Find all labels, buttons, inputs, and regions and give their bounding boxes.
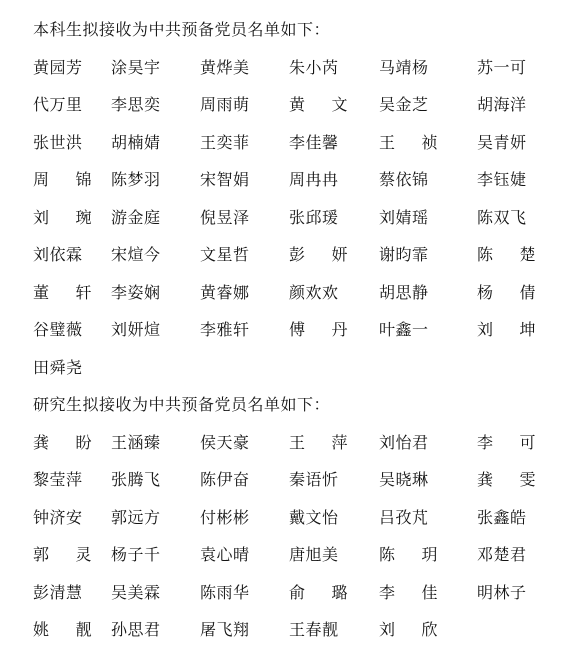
name-cell: 李思奕 [111, 92, 200, 115]
name-row: 田舜尧 [33, 348, 587, 386]
name-cell: 王 萍 [289, 430, 379, 453]
name-cell: 刘 坤 [477, 317, 587, 340]
name-cell: 黄睿娜 [200, 280, 289, 303]
name-cell: 文星哲 [200, 242, 289, 265]
name-cell: 吴晓琳 [379, 467, 477, 490]
name-cell: 戴文怡 [289, 505, 379, 528]
name-cell: 谢昀霏 [379, 242, 477, 265]
name-row: 郭 灵杨子千袁心晴唐旭美陈 玥邓楚君 [33, 535, 587, 573]
name-cell: 陈梦羽 [111, 167, 200, 190]
name-cell: 王涵臻 [111, 430, 200, 453]
name-cell: 刘妍煊 [111, 317, 200, 340]
name-row: 代万里李思奕周雨萌黄 文吴金芝胡海洋 [33, 85, 587, 123]
name-cell: 蔡依锦 [379, 167, 477, 190]
name-cell: 张邱瑗 [289, 205, 379, 228]
name-cell: 周雨萌 [200, 92, 289, 115]
graduate-section-title: 研究生拟接收为中共预备党员名单如下： [33, 385, 587, 423]
name-cell: 俞 璐 [289, 580, 379, 603]
name-cell: 刘怡君 [379, 430, 477, 453]
name-cell: 代万里 [33, 92, 111, 115]
graduate-name-grid: 龚 盼王涵臻侯天豪王 萍刘怡君李 可黎莹萍张腾飞陈伊奋秦语忻吴晓琳龚 雯钟济安郭… [33, 423, 587, 648]
name-cell: 李 佳 [379, 580, 477, 603]
name-cell: 陈双飞 [477, 205, 587, 228]
name-cell: 胡思静 [379, 280, 477, 303]
name-cell: 唐旭美 [289, 542, 379, 565]
name-cell: 傅 丹 [289, 317, 379, 340]
name-cell: 朱小芮 [289, 55, 379, 78]
name-cell: 游金庭 [111, 205, 200, 228]
name-cell: 刘 欣 [379, 617, 477, 640]
name-cell: 李 可 [477, 430, 587, 453]
name-cell: 屠飞翔 [200, 617, 289, 640]
name-cell: 孙思君 [111, 617, 200, 640]
name-cell: 吴青妍 [477, 130, 587, 153]
name-cell: 郭远方 [111, 505, 200, 528]
name-cell: 颜欢欢 [289, 280, 379, 303]
name-cell: 宋智娟 [200, 167, 289, 190]
name-row: 刘依霖宋煊今文星哲彭 妍谢昀霏陈 楚 [33, 235, 587, 273]
name-cell: 董 轩 [33, 280, 111, 303]
name-cell: 刘依霖 [33, 242, 111, 265]
name-row: 钟济安郭远方付彬彬戴文怡吕孜芃张鑫皓 [33, 498, 587, 536]
name-cell: 刘 琬 [33, 205, 111, 228]
name-row: 张世洪胡楠婧王奕菲李佳馨王 祯吴青妍 [33, 123, 587, 161]
name-row: 周 锦陈梦羽宋智娟周冉冉蔡依锦李钰婕 [33, 160, 587, 198]
name-cell: 张世洪 [33, 130, 111, 153]
document-page: 本科生拟接收为中共预备党员名单如下： 黄园芳涂昊宇黄烨美朱小芮马靖杨苏一可代万里… [0, 0, 587, 648]
name-cell: 张鑫皓 [477, 505, 587, 528]
name-cell: 李钰婕 [477, 167, 587, 190]
name-cell: 田舜尧 [33, 355, 111, 378]
name-cell: 胡楠婧 [111, 130, 200, 153]
section-graduate: 研究生拟接收为中共预备党员名单如下： 龚 盼王涵臻侯天豪王 萍刘怡君李 可黎莹萍… [33, 385, 587, 648]
name-cell: 李姿娴 [111, 280, 200, 303]
name-cell: 苏一可 [477, 55, 587, 78]
name-cell: 刘婧瑶 [379, 205, 477, 228]
name-row: 董 轩李姿娴黄睿娜颜欢欢胡思静杨 倩 [33, 273, 587, 311]
name-cell: 明林子 [477, 580, 587, 603]
name-row: 刘 琬游金庭倪昱泽张邱瑗刘婧瑶陈双飞 [33, 198, 587, 236]
name-cell: 周 锦 [33, 167, 111, 190]
name-cell: 彭 妍 [289, 242, 379, 265]
name-cell: 杨子千 [111, 542, 200, 565]
name-cell: 吕孜芃 [379, 505, 477, 528]
name-cell: 黎莹萍 [33, 467, 111, 490]
name-cell: 陈雨华 [200, 580, 289, 603]
name-row: 彭清慧吴美霖陈雨华俞 璐李 佳明林子 [33, 573, 587, 611]
name-cell: 秦语忻 [289, 467, 379, 490]
name-cell: 吴金芝 [379, 92, 477, 115]
name-cell: 胡海洋 [477, 92, 587, 115]
name-cell: 陈 楚 [477, 242, 587, 265]
section-undergraduate: 本科生拟接收为中共预备党员名单如下： 黄园芳涂昊宇黄烨美朱小芮马靖杨苏一可代万里… [33, 10, 587, 385]
name-cell: 涂昊宇 [111, 55, 200, 78]
name-cell: 龚 盼 [33, 430, 111, 453]
name-cell: 王春靓 [289, 617, 379, 640]
name-cell: 邓楚君 [477, 542, 587, 565]
name-cell: 吴美霖 [111, 580, 200, 603]
name-cell: 李雅轩 [200, 317, 289, 340]
name-cell: 宋煊今 [111, 242, 200, 265]
name-cell: 马靖杨 [379, 55, 477, 78]
name-row: 龚 盼王涵臻侯天豪王 萍刘怡君李 可 [33, 423, 587, 461]
name-row: 黄园芳涂昊宇黄烨美朱小芮马靖杨苏一可 [33, 48, 587, 86]
undergraduate-section-title: 本科生拟接收为中共预备党员名单如下： [33, 10, 587, 48]
name-cell: 付彬彬 [200, 505, 289, 528]
name-cell: 陈 玥 [379, 542, 477, 565]
name-cell: 郭 灵 [33, 542, 111, 565]
name-cell: 钟济安 [33, 505, 111, 528]
name-cell: 谷璧薇 [33, 317, 111, 340]
name-row: 黎莹萍张腾飞陈伊奋秦语忻吴晓琳龚 雯 [33, 460, 587, 498]
name-cell: 李佳馨 [289, 130, 379, 153]
name-cell: 黄烨美 [200, 55, 289, 78]
name-row: 谷璧薇刘妍煊李雅轩傅 丹叶鑫一刘 坤 [33, 310, 587, 348]
name-cell: 张腾飞 [111, 467, 200, 490]
name-cell: 彭清慧 [33, 580, 111, 603]
name-cell: 侯天豪 [200, 430, 289, 453]
name-cell: 倪昱泽 [200, 205, 289, 228]
name-cell: 杨 倩 [477, 280, 587, 303]
name-cell: 叶鑫一 [379, 317, 477, 340]
name-cell: 姚 靓 [33, 617, 111, 640]
name-cell: 陈伊奋 [200, 467, 289, 490]
name-cell: 龚 雯 [477, 467, 587, 490]
name-cell: 袁心晴 [200, 542, 289, 565]
name-cell: 王 祯 [379, 130, 477, 153]
name-cell: 周冉冉 [289, 167, 379, 190]
name-row: 姚 靓孙思君屠飞翔王春靓刘 欣 [33, 610, 587, 648]
name-cell: 黄园芳 [33, 55, 111, 78]
undergraduate-name-grid: 黄园芳涂昊宇黄烨美朱小芮马靖杨苏一可代万里李思奕周雨萌黄 文吴金芝胡海洋张世洪胡… [33, 48, 587, 386]
name-cell: 黄 文 [289, 92, 379, 115]
name-cell: 王奕菲 [200, 130, 289, 153]
